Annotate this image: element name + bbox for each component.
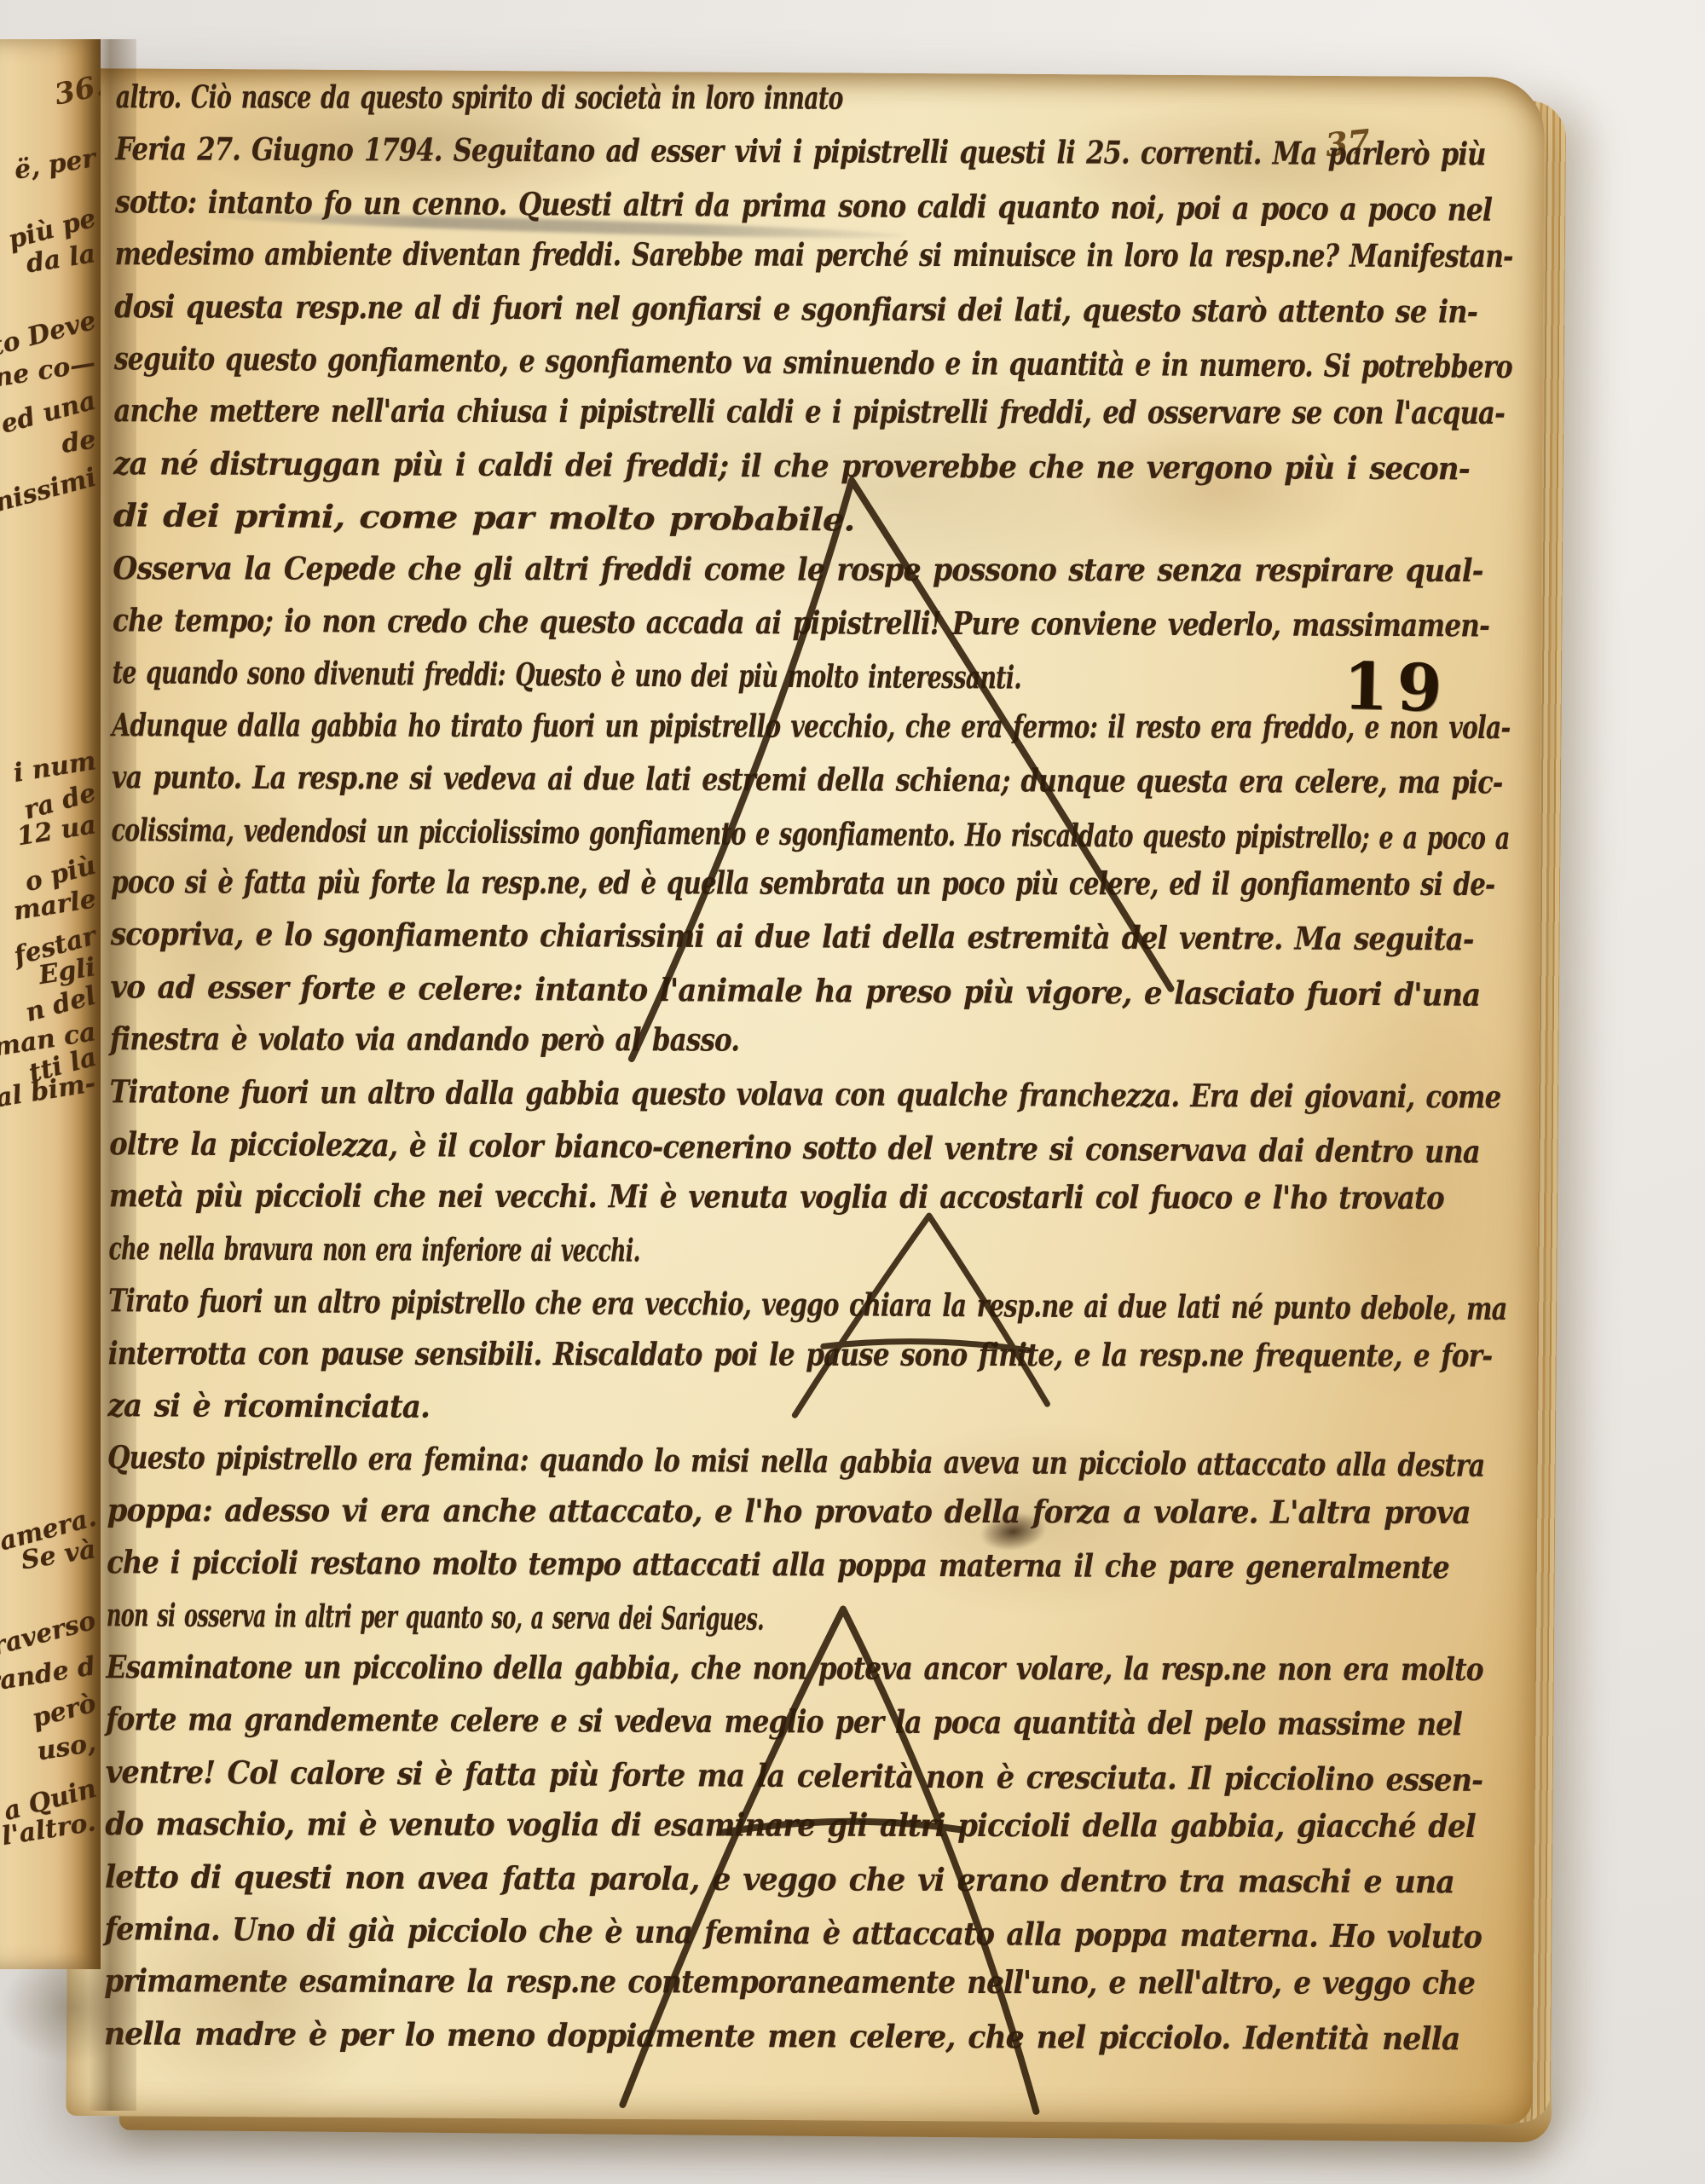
- manuscript-line: anche mettere nell'aria chiusa i pipistr…: [113, 390, 1705, 436]
- manuscript-line: nella madre è per lo meno doppiamente me…: [104, 2012, 1552, 2062]
- manuscript-line: do maschio, mi è venuto voglia di esamin…: [105, 1802, 1598, 1849]
- left-page-fragment: però: [29, 1689, 99, 1734]
- manuscript-line: Osserva la Cepede che gli altri freddi c…: [113, 546, 1638, 593]
- left-page-fragment: al bim-: [0, 1068, 98, 1113]
- manuscript-line: sotto: intanto fo un cenno. Questi altri…: [115, 180, 1705, 234]
- manuscript-text-block: altro. Ciò nasce da questo spirito di so…: [78, 68, 1545, 78]
- manuscript-line: ventre! Col calore si è fatta più forte …: [106, 1750, 1621, 1804]
- manuscript-photo: 37 19 altro. Ciò nasce da questo spirito…: [0, 0, 1705, 2184]
- manuscript-line: femina. Uno di già picciolo che è una fe…: [105, 1907, 1627, 1961]
- manuscript-line: letto di questi non avea fatta parola, e…: [105, 1855, 1541, 1904]
- manuscript-line: metà più piccioli che nei vecchi. Mi è v…: [109, 1175, 1639, 1222]
- manuscript-line: dosi questa resp.ne al di fuori nel gonf…: [114, 285, 1693, 335]
- manuscript-line: za né distruggan più i caldi dei freddi;…: [113, 442, 1587, 492]
- manuscript-line: scopriva, e lo sgonfiamento chiarissimi …: [111, 913, 1658, 963]
- manuscript-line: Tirato fuori un altro pipistrello che er…: [108, 1279, 1705, 1334]
- manuscript-line: poco si è fatta più forte la resp.ne, ed…: [111, 860, 1705, 908]
- manuscript-line: te quando sono divenuti freddi: Questo è…: [113, 651, 1368, 703]
- manuscript-line: va punto. La resp.ne si vedeva ai due la…: [112, 755, 1705, 806]
- manuscript-line: medesimo ambiente diventan freddi. Sareb…: [115, 232, 1705, 280]
- manuscript-line: che nella bravura non era inferiore ai v…: [108, 1227, 891, 1274]
- manuscript-line: Tiratone fuori un altro dalla gabbia que…: [110, 1070, 1705, 1121]
- left-page-fragment: de: [60, 425, 98, 459]
- page-number-36: 36.: [51, 68, 101, 112]
- manuscript-line: interrotta con pause sensibili. Riscalda…: [108, 1332, 1705, 1378]
- manuscript-line: seguito questo gonfiamento, e sgonfiamen…: [114, 337, 1705, 391]
- manuscript-line: poppa: adesso vi era anche attaccato, e …: [107, 1488, 1591, 1535]
- manuscript-line: za si è ricominciata.: [107, 1384, 456, 1430]
- manuscript-line: colissima, vedendosi un picciolissimo go…: [111, 808, 1705, 864]
- manuscript-right-page: 37 19 altro. Ciò nasce da questo spirito…: [66, 68, 1545, 2124]
- left-page-fragment: lenissimi: [0, 463, 100, 525]
- manuscript-line: Feria 27. Giugno 1794. Seguitano ad esse…: [115, 128, 1705, 178]
- manuscript-line: che i piccioli restano molto tempo attac…: [107, 1540, 1656, 1591]
- manuscript-line: finestra è volato via andando però al ba…: [110, 1017, 863, 1063]
- manuscript-line: oltre la picciolezza, è il color bianco-…: [109, 1122, 1691, 1176]
- manuscript-line: primamente esaminare la resp.ne contempo…: [104, 1960, 1656, 2007]
- manuscript-line: Adunque dalla gabbia ho tirato fuori un …: [112, 703, 1705, 751]
- manuscript-line: di dei primi, come par molto probabile.: [113, 494, 796, 542]
- manuscript-line: che tempo; io non credo che questo accad…: [113, 598, 1705, 649]
- left-page-fragment: marle: [11, 884, 98, 927]
- left-page-fragment: uso,: [35, 1728, 98, 1766]
- manuscript-line: vo ad esser forte e celere: intanto l'an…: [110, 965, 1602, 1018]
- manuscript-line: Questo pipistrello era femina: quando lo…: [107, 1436, 1705, 1491]
- manuscript-line: forte ma grandemente celere e si vedeva …: [106, 1698, 1682, 1748]
- manuscript-line: Esaminatone un piccolino della gabbia, c…: [106, 1645, 1705, 1692]
- manuscript-line: non si osserva in altri per quanto so, a…: [107, 1593, 1119, 1644]
- manuscript-line: altro. Ciò nasce da questo spirito di so…: [116, 75, 1118, 121]
- manuscript-left-page-edge: 36. ë, perpiù peda laetto Deveene co—ed …: [0, 39, 101, 1969]
- left-page-fragment: ë, per: [13, 143, 98, 186]
